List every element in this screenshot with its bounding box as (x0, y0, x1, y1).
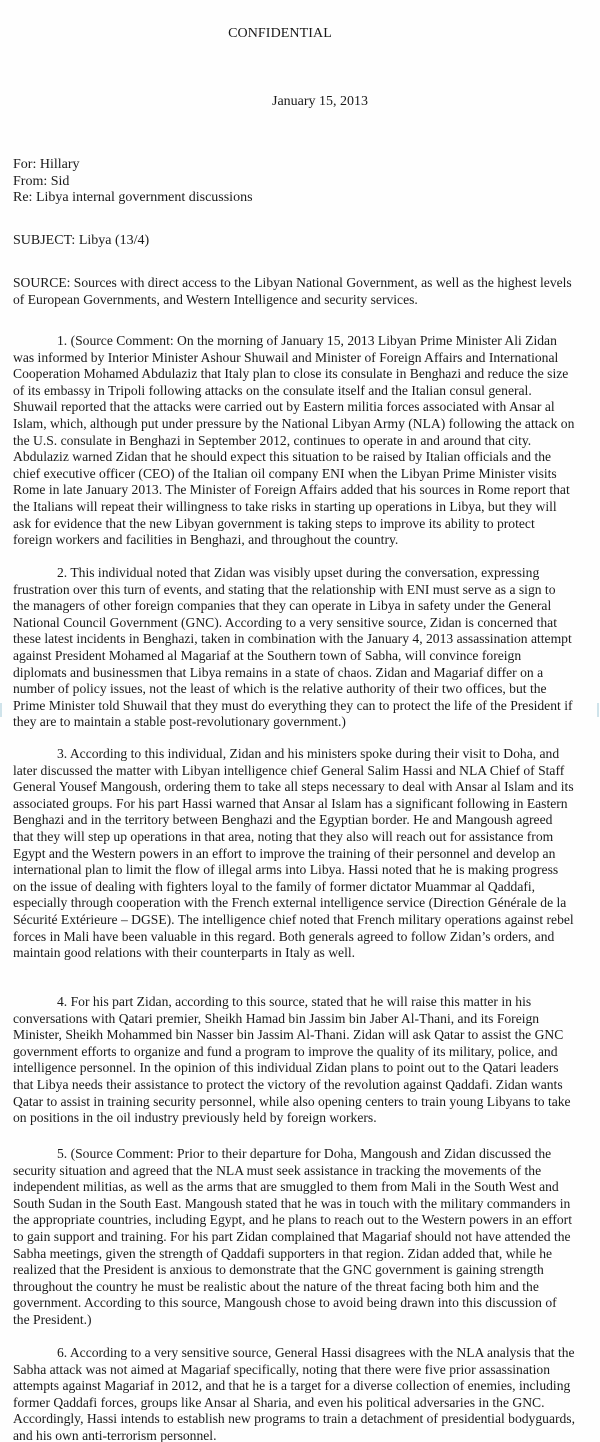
source-text: SOURCE: Sources with direct access to th… (13, 275, 575, 308)
paragraph-2: 2. This individual noted that Zidan was … (13, 565, 575, 731)
scan-edge-mark-right (597, 703, 599, 717)
memo-recipient: For: Hillary (13, 157, 253, 174)
paragraph-1: 1. (Source Comment: On the morning of Ja… (13, 333, 575, 549)
paragraph-3: 3. According to this individual, Zidan a… (13, 746, 575, 962)
memo-date: January 15, 2013 (272, 94, 368, 110)
memo-subject: SUBJECT: Libya (13/4) (13, 233, 149, 249)
scan-edge-mark-left (0, 703, 2, 717)
paragraph-5: 5. (Source Comment: Prior to their depar… (13, 1146, 575, 1329)
memo-regarding: Re: Libya internal government discussion… (13, 190, 253, 207)
paragraph-text: 4. For his part Zidan, according to this… (13, 994, 575, 1127)
document-page: CONFIDENTIAL January 15, 2013 For: Hilla… (0, 0, 600, 1442)
classification-label: CONFIDENTIAL (0, 26, 560, 42)
memo-sender: From: Sid (13, 174, 253, 191)
paragraph-text: 2. This individual noted that Zidan was … (13, 565, 575, 731)
paragraph-text: 6. According to a very sensitive source,… (13, 1345, 575, 1442)
paragraph-6: 6. According to a very sensitive source,… (13, 1345, 575, 1442)
paragraph-text: 5. (Source Comment: Prior to their depar… (13, 1146, 575, 1329)
memo-header: For: Hillary From: Sid Re: Libya interna… (13, 157, 253, 207)
source-statement: SOURCE: Sources with direct access to th… (13, 275, 575, 308)
paragraph-text: 1. (Source Comment: On the morning of Ja… (13, 333, 575, 549)
paragraph-text: 3. According to this individual, Zidan a… (13, 746, 575, 962)
paragraph-4: 4. For his part Zidan, according to this… (13, 994, 575, 1127)
